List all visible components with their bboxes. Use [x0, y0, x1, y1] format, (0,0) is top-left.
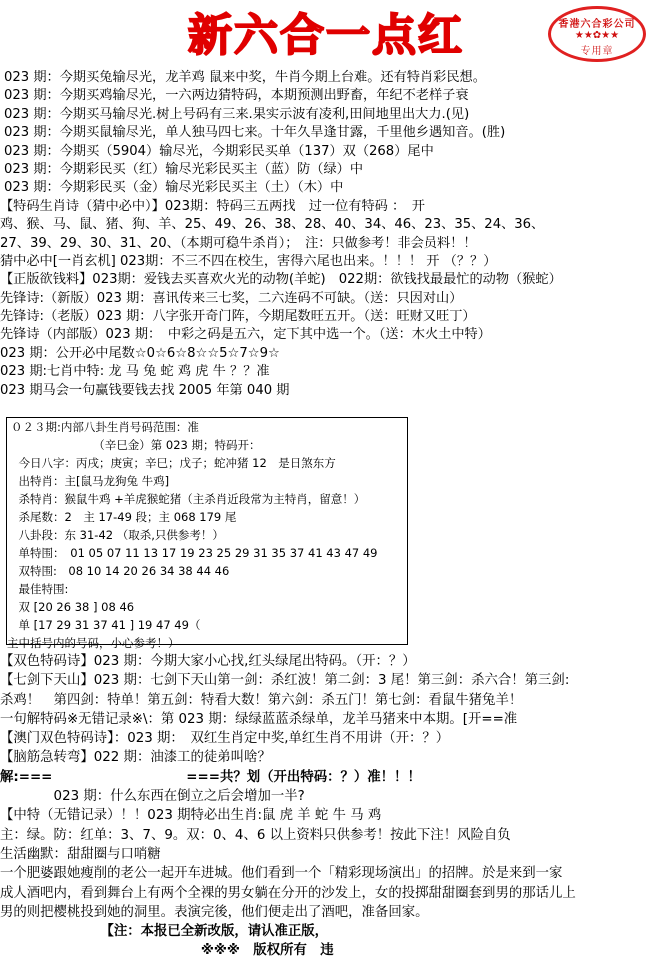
stamp-stars-icon: ★★✿★★	[551, 30, 643, 42]
text-line: 猜中必中[一肖玄机] 023期：不三不四在校生，害得六尾也出来。！！！ 开 （？…	[0, 253, 653, 271]
box-line: 单 [17 29 31 37 41 ] 19 47 49（	[7, 616, 407, 634]
text-line: 【正版欲钱料】023期：爱钱去买喜欢火光的动物(羊蛇) 022期：欲钱找最最忙的…	[0, 271, 653, 289]
text-line: 023 期：今期买马输尽光.树上号码有三来.果实示波有凌利,田间地里出大力.(见…	[0, 106, 653, 124]
copyright-line: ※※※ 版权所有 违	[0, 941, 653, 960]
text-line: 【中特（无错记录）！！023 期特必出生肖:鼠 虎 羊 蛇 牛 马 鸡	[0, 806, 653, 825]
text-line: 杀鸡！ 第四剑：特单！第五剑：特看大数！第六剑：杀五门！第七剑：看鼠牛猪兔羊！	[0, 691, 653, 710]
text-line: 【澳门双色特码诗】：023 期： 双红生肖定中奖,单红生肖不用讲（开：？）	[0, 729, 653, 748]
text-line: 成人酒吧内，看到舞台上有两个全裸的男女躺在分开的沙发上，女的投掷甜甜圈套到男的那…	[0, 884, 653, 903]
text-line: 【七剑下天山】023 期：七剑下天山第一剑：杀红波！第二剑：3 尾！第三剑：杀六…	[0, 671, 653, 690]
box-line: 双特围: 08 10 14 20 26 34 38 44 46	[7, 562, 407, 580]
text-line: 一句解特码※无错记录※\：第 023 期：绿绿蓝蓝杀绿单，龙羊马猪来中本期。[开…	[0, 710, 653, 729]
box-line: 最佳特围:	[7, 580, 407, 598]
text-line: 【双色特码诗】023 期：今期大家小心找,红头绿尾出特码。（开：？）	[0, 652, 653, 671]
text-line: 023 期：今期彩民买（红）输尽光彩民买主（蓝）防（绿）中	[0, 161, 653, 179]
box-line: ０２３期:内部八卦生肖号码范围：准	[7, 418, 407, 436]
text-line: 男的则把樱桃投到她的洞里。表演完後，他们便走出了酒吧，准备回家。	[0, 903, 653, 922]
top-lines: 023 期：今期买兔输尽光，龙羊鸡 鼠来中奖，牛肖今期上台难。还有特肖彩民想。 …	[0, 69, 653, 400]
stamp-top-text: 香港六合彩公司	[551, 15, 643, 30]
box-line: 出特肖：主[鼠马龙狗兔 牛鸡]	[7, 472, 407, 490]
text-line: 【脑筋急转弯】022 期：油漆工的徒弟叫啥？	[0, 748, 653, 767]
bagua-info-box: ０２３期:内部八卦生肖号码范围：准 （辛巳金）第 023 期；特码开： 今日八字…	[6, 417, 408, 645]
text-line: 先锋诗（内部版）023 期： 中彩之码是五六，定下其中选一个。（送：木火土中特）	[0, 326, 653, 344]
box-line: 今日八字：丙戌；庚寅；辛巳；戊子；蛇冲猪 12 是日煞东方	[7, 454, 407, 472]
text-line: 023 期：今期买鼠输尽光，单人独马四七来。十年久旱逢甘露，千里他乡遇知音。(胜…	[0, 124, 653, 142]
text-line: 生活幽默：甜甜圈与口哨糖	[0, 845, 653, 864]
lower-lines: 【双色特码诗】023 期：今期大家小心找,红头绿尾出特码。（开：？） 【七剑下天…	[0, 652, 653, 961]
box-line: 主中括号内的号码，小心参考！）	[7, 634, 407, 652]
text-line: 先锋诗:（老版）023 期：八字张开奇门阵，今期尾数旺五开。（送：旺财又旺丁）	[0, 308, 653, 326]
text-line: 023 期：今期买鸡输尽光，一六两边猜特码，本期预测出野畜，年纪不老样子衰	[0, 87, 653, 105]
stamp-bottom-text: 专用章	[551, 42, 643, 57]
text-line: 023 期：今期买（5904）输尽光，今期彩民买单（137）双（268）尾中	[0, 143, 653, 161]
text-line: 023 期马会一句赢钱要钱去找 2005 年第 040 期	[0, 382, 653, 400]
text-line: 一个肥婆跟她瘦削的老公一起开车进城。他们看到一个「精彩现场演出」的招牌。於是来到…	[0, 864, 653, 883]
text-line: 主：绿。防：红单：3、7、9。双：0、4、6 以上资料只供参考！按此下注！风险自…	[0, 826, 653, 845]
text-line: 先锋诗:（新版）023 期：喜讯传来三七奖，二六连码不可缺。（送：只因对山）	[0, 290, 653, 308]
box-line: 单特围： 01 05 07 11 13 17 19 23 25 29 31 35…	[7, 544, 407, 562]
text-line: 023 期：什么东西在倒立之后会增加一半?	[0, 787, 653, 806]
page-title: 新六合一点红	[188, 10, 464, 62]
text-line: 023 期：今期彩民买（金）输尽光彩民买主（土）（木）中	[0, 179, 653, 197]
text-line: 023 期：今期买兔输尽光，龙羊鸡 鼠来中奖，牛肖今期上台难。还有特肖彩民想。	[0, 69, 653, 87]
text-line: 【特码生肖诗（猜中必中）】023期：特码三五两找 过一位有特码 ： 开	[0, 198, 653, 216]
text-line: 023 期:七肖中特: 龙 马 兔 蛇 鸡 虎 牛 ？？准	[0, 363, 653, 381]
box-line: （辛巳金）第 023 期；特码开：	[7, 436, 407, 454]
box-line: 八卦段：东 31-42 （取杀,只供参考！）	[7, 526, 407, 544]
company-seal-stamp: 香港六合彩公司 ★★✿★★ 专用章	[548, 6, 646, 62]
notice-line: 【注：本报已全新改版，请认准正版，	[0, 922, 653, 941]
text-line: 023 期：公开必中尾数☆0☆6☆8☆☆5☆7☆9☆	[0, 345, 653, 363]
text-line: 解:=== ===共？划（开出特码：？）准！！！	[0, 768, 653, 787]
text-line: 鸡、猴、马、鼠、猪、狗、羊、25、49、26、38、28、40、34、46、23…	[0, 216, 653, 234]
box-line: 杀特肖：猴鼠牛鸡 +羊虎猴蛇猪（主杀肖近段常为主特肖，留意！）	[7, 490, 407, 508]
box-line: 双 [20 26 38 ] 08 46	[7, 598, 407, 616]
box-line: 杀尾数：2 主 17-49 段；主 068 179 尾	[7, 508, 407, 526]
text-line: 27、39、29、30、31、20、（本期可稳牛杀肖）； 注：只做参考！非会员料…	[0, 235, 653, 253]
header: 新六合一点红 香港六合彩公司 ★★✿★★ 专用章	[0, 0, 653, 68]
